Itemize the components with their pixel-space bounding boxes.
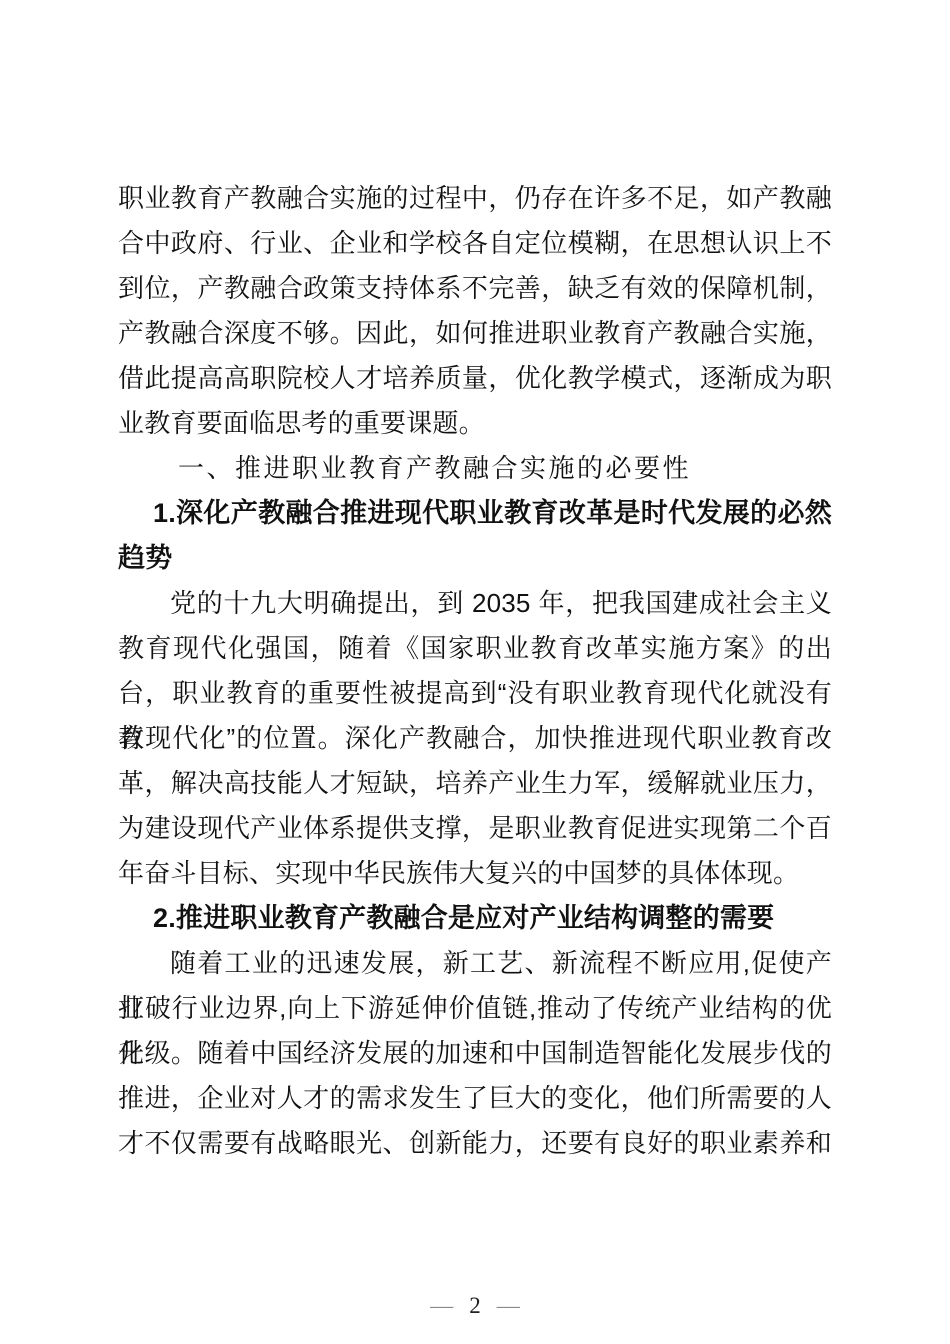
body-text-line: 育现代化”的位置。深化产教融合，加快推进现代职业教育改 [118, 716, 832, 761]
body-text-line: 打破行业边界,向上下游延伸价值链,推动了传统产业结构的优化 [118, 986, 832, 1031]
body-text-line: 为建设现代产业体系提供支撑，是职业教育促进实现第二个百 [118, 806, 832, 851]
footer-dash-right: — [497, 1293, 520, 1318]
body-text-line: 升级。随着中国经济发展的加速和中国制造智能化发展步伐的 [118, 1031, 832, 1076]
body-text-line: 业教育要面临思考的重要课题。 [118, 401, 832, 446]
page-number: 2 [453, 1293, 497, 1318]
body-text-line: 随着工业的迅速发展，新工艺、新流程不断应用,促使产业 [118, 941, 832, 986]
body-text-line: 推进，企业对人才的需求发生了巨大的变化，他们所需要的人 [118, 1076, 832, 1121]
document-body: 职业教育产教融合实施的过程中，仍存在许多不足，如产教融合中政府、行业、企业和学校… [118, 176, 832, 1166]
body-text-line: 到位，产教融合政策支持体系不完善，缺乏有效的保障机制， [118, 266, 832, 311]
body-text-line: 台，职业教育的重要性被提高到“没有职业教育现代化就没有教 [118, 671, 832, 716]
body-text-line: 革，解决高技能人才短缺，培养产业生力军，缓解就业压力， [118, 761, 832, 806]
body-text-line: 党的十九大明确提出，到 2035 年，把我国建成社会主义 [118, 581, 832, 626]
document-page: 职业教育产教融合实施的过程中，仍存在许多不足，如产教融合中政府、行业、企业和学校… [0, 0, 950, 1344]
body-text-line: 合中政府、行业、企业和学校各自定位模糊，在思想认识上不 [118, 221, 832, 266]
body-text-line: 借此提高高职院校人才培养质量，优化教学模式，逐渐成为职 [118, 356, 832, 401]
section-heading-line: 一、推进职业教育产教融合实施的必要性 [118, 446, 832, 491]
body-text-line: 年奋斗目标、实现中华民族伟大复兴的中国梦的具体体现。 [118, 851, 832, 896]
page-footer: —2— [0, 1291, 950, 1321]
footer-dash-left: — [430, 1293, 453, 1318]
body-text-line: 教育现代化强国，随着《国家职业教育改革实施方案》的出 [118, 626, 832, 671]
bold-subheading-line: 2.推进职业教育产教融合是应对产业结构调整的需要 [118, 896, 832, 941]
body-text-line: 产教融合深度不够。因此，如何推进职业教育产教融合实施， [118, 311, 832, 356]
bold-subheading-line: 趋势 [118, 536, 832, 581]
body-text-line: 才不仅需要有战略眼光、创新能力，还要有良好的职业素养和 [118, 1121, 832, 1166]
body-text-line: 职业教育产教融合实施的过程中，仍存在许多不足，如产教融 [118, 176, 832, 221]
bold-subheading-line: 1.深化产教融合推进现代职业教育改革是时代发展的必然 [118, 491, 832, 536]
